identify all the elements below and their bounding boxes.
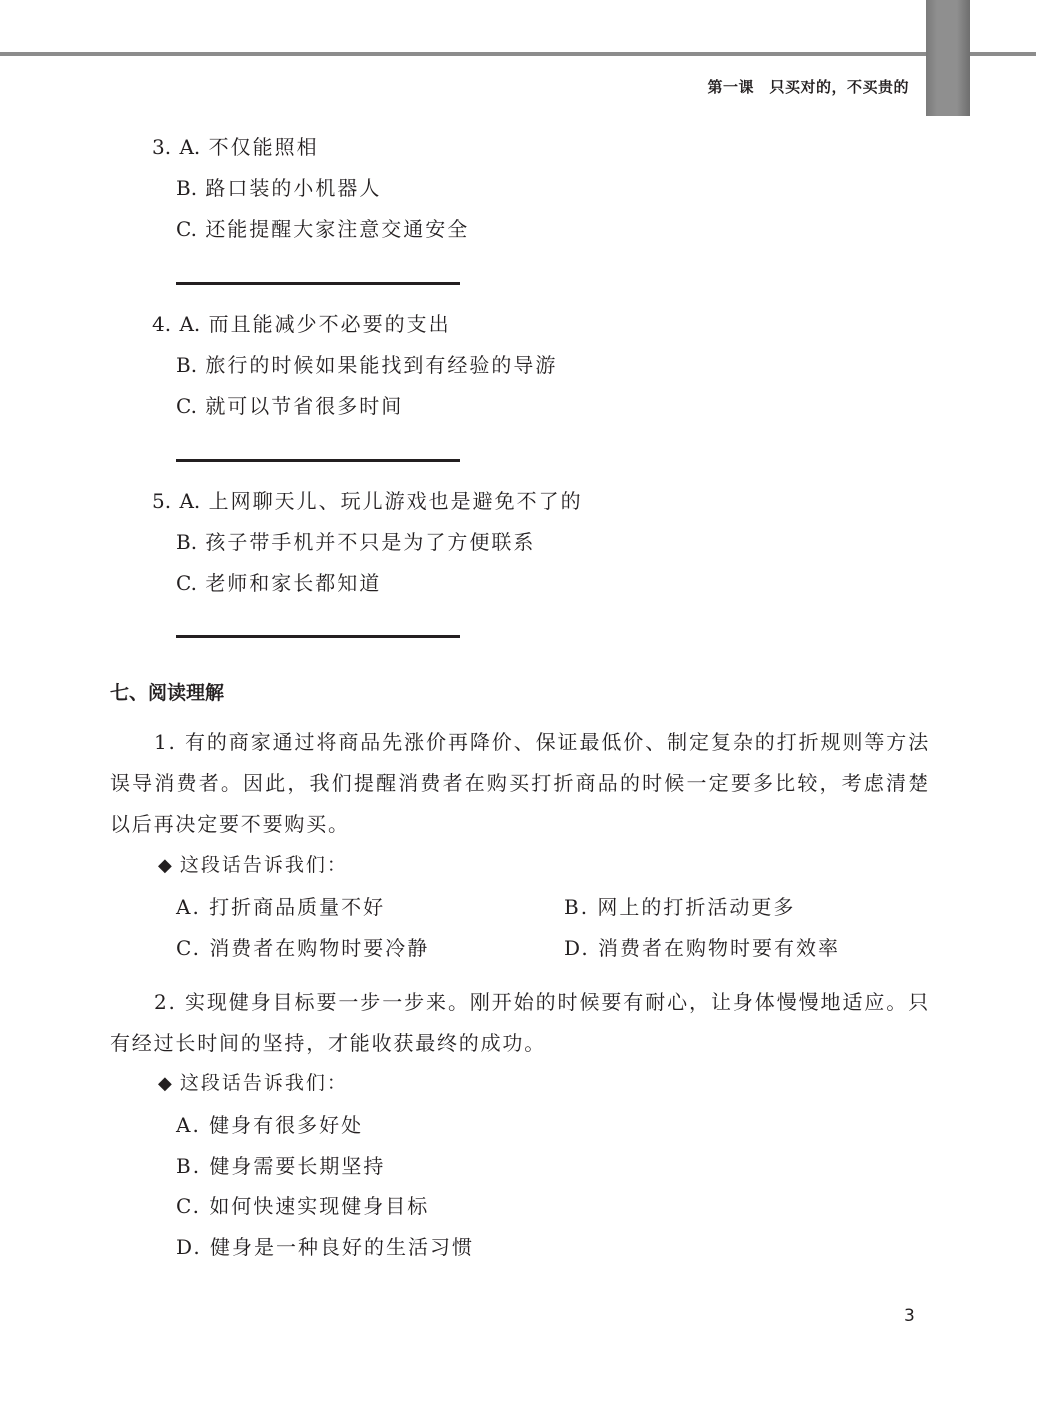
option-c: C. 就可以节省很多时间 [152, 392, 557, 433]
reading-1-option-d[interactable]: D. 消费者在购物时要有效率 [564, 932, 840, 961]
answer-blank-4[interactable] [176, 459, 460, 462]
option-b: B. 旅行的时候如果能找到有经验的导游 [152, 351, 557, 392]
diamond-bullet-icon: ◆ [158, 855, 174, 876]
reading-2-option-d[interactable]: D. 健身是一种良好的生活习惯 [176, 1231, 474, 1260]
reading-2-option-c[interactable]: C. 如何快速实现健身目标 [176, 1190, 429, 1219]
header-rule [0, 52, 1036, 56]
option-c: C. 还能提醒大家注意交通安全 [152, 215, 469, 256]
reading-passage-2: 2. 实现健身目标要一步一步来。刚开始的时候要有耐心，让身体慢慢地适应。只有经过… [110, 982, 930, 1064]
option-a: 5. A. 上网聊天儿、玩儿游戏也是避免不了的 [152, 487, 583, 528]
reading-1-option-c[interactable]: C. 消费者在购物时要冷静 [176, 932, 429, 961]
ordering-question-5: 5. A. 上网聊天儿、玩儿游戏也是避免不了的 B. 孩子带手机并不只是为了方便… [152, 487, 583, 610]
question-number: 3. [152, 135, 171, 159]
running-head: 第一课 只买对的，不买贵的 [707, 76, 909, 97]
reading-prompt-2: ◆这段话告诉我们： [158, 1068, 348, 1095]
question-number: 5. [152, 489, 171, 513]
section-title: 七、阅读理解 [110, 678, 224, 705]
option-a: 3. A. 不仅能照相 [152, 133, 469, 174]
reading-prompt-1: ◆这段话告诉我们： [158, 850, 348, 877]
diamond-bullet-icon: ◆ [158, 1073, 174, 1094]
reading-1-option-b[interactable]: B. 网上的打折活动更多 [564, 891, 795, 920]
ordering-question-4: 4. A. 而且能减少不必要的支出 B. 旅行的时候如果能找到有经验的导游 C.… [152, 310, 557, 433]
answer-blank-5[interactable] [176, 635, 460, 638]
question-number: 4. [152, 312, 171, 336]
answer-blank-3[interactable] [176, 282, 460, 285]
reading-2-option-a[interactable]: A. 健身有很多好处 [176, 1109, 363, 1138]
chapter-thumb-tab [926, 0, 970, 116]
option-a: 4. A. 而且能减少不必要的支出 [152, 310, 557, 351]
option-c: C. 老师和家长都知道 [152, 569, 583, 610]
option-b: B. 孩子带手机并不只是为了方便联系 [152, 528, 583, 569]
reading-1-option-a[interactable]: A. 打折商品质量不好 [176, 891, 385, 920]
option-b: B. 路口装的小机器人 [152, 174, 469, 215]
page-number: 3 [904, 1306, 915, 1326]
reading-passage-1: 1. 有的商家通过将商品先涨价再降价、保证最低价、制定复杂的打折规则等方法误导消… [110, 722, 930, 845]
ordering-question-3: 3. A. 不仅能照相 B. 路口装的小机器人 C. 还能提醒大家注意交通安全 [152, 133, 469, 256]
reading-2-option-b[interactable]: B. 健身需要长期坚持 [176, 1150, 385, 1179]
